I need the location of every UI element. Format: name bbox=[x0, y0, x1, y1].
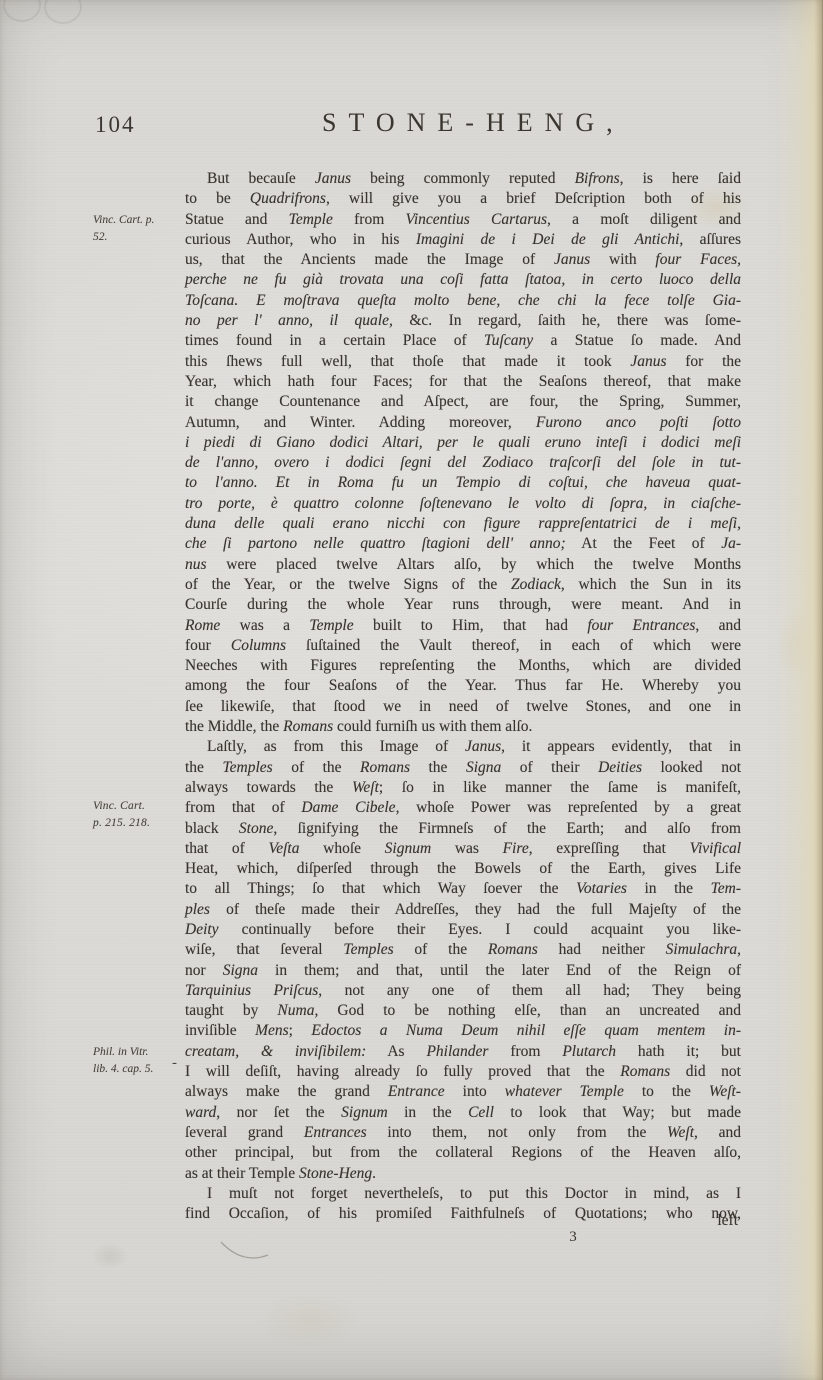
margin-note-citation: Vinc. Cart. p. 52. bbox=[93, 212, 185, 245]
text-line: Deity continually before their Eyes. I c… bbox=[185, 920, 741, 940]
text-line: Statue and Temple from Vincentius Cartar… bbox=[185, 210, 741, 230]
signature-mark: 3 bbox=[562, 1229, 584, 1246]
text-line: from that of Dame Cibele, whoſe Power wa… bbox=[185, 798, 741, 818]
marginal-dash-mark: - bbox=[172, 1055, 177, 1072]
text-line: ples of theſe made their Addreſſes, they… bbox=[185, 900, 741, 920]
text-line: ſeveral grand Entrances into them, not o… bbox=[185, 1123, 741, 1143]
text-line: to be Quadrifrons, will give you a brief… bbox=[185, 189, 741, 209]
text-line: Autumn, and Winter. Adding moreover, Fur… bbox=[185, 413, 741, 433]
text-line: Year, which hath four Faces; for that th… bbox=[185, 372, 741, 392]
text-line: i piedi di Giano dodici Altari, per le q… bbox=[185, 433, 741, 453]
text-line: ward, nor ſet the Signum in the Cell to … bbox=[185, 1103, 741, 1123]
text-line: to l'anno. Et in Roma fu un Tempio di co… bbox=[185, 473, 741, 493]
text-line: curious Author, who in his Imagini de i … bbox=[185, 230, 741, 250]
text-line: I will deſiſt, having already ſo fully p… bbox=[185, 1062, 741, 1082]
margin-note-line: Vinc. Cart. bbox=[93, 798, 185, 815]
margin-note-citation: Vinc. Cart. p. 215. 218. bbox=[93, 798, 185, 831]
text-line: to all Things; ſo that which Way ſoever … bbox=[185, 879, 741, 899]
book-page: 104 STONE-HENG, Vinc. Cart. p. 52. Vinc.… bbox=[0, 0, 823, 1380]
text-line: Tarquinius Priſcus, not any one of them … bbox=[185, 981, 741, 1001]
text-line: that of Veſta whoſe Signum was Fire, exp… bbox=[185, 839, 741, 859]
catchword: left bbox=[185, 1212, 738, 1230]
text-line: inviſible Mens; Edoctos a Numa Deum nihi… bbox=[185, 1021, 741, 1041]
margin-note-line: p. 215. 218. bbox=[93, 815, 185, 832]
text-line: de l'anno, overo i dodici ſegni del Zodi… bbox=[185, 453, 741, 473]
text-line: the Middle, the Romans could furniſh us … bbox=[185, 717, 741, 737]
text-line: che ſi partono nelle quattro ſtagioni de… bbox=[185, 534, 741, 554]
text-line: times found in a certain Place of Tuſcan… bbox=[185, 331, 741, 351]
text-line: Courſe during the whole Year runs throug… bbox=[185, 595, 741, 615]
text-line: Toſcana. E moſtrava queſta molto bene, c… bbox=[185, 291, 741, 311]
text-line: nor Signa in them; and that, until the l… bbox=[185, 961, 741, 981]
text-line: ſee likewiſe, that ſtood we in need of t… bbox=[185, 697, 741, 717]
text-line: duna delle quali erano nicchi con figure… bbox=[185, 514, 741, 534]
text-line: But becauſe Janus being commonly reputed… bbox=[185, 169, 741, 189]
running-title: STONE-HENG, bbox=[322, 108, 625, 138]
show-through-mark bbox=[3, 0, 41, 22]
text-line: always make the grand Entrance into what… bbox=[185, 1082, 741, 1102]
text-line: tro porte, è quattro colonne ſoſtenevano… bbox=[185, 494, 741, 514]
text-line: Rome was a Temple built to Him, that had… bbox=[185, 616, 741, 636]
text-line: black Stone, ſignifying the Firmneſs of … bbox=[185, 819, 741, 839]
text-line: wiſe, that ſeveral Temples of the Romans… bbox=[185, 940, 741, 960]
text-line: of the Year, or the twelve Signs of the … bbox=[185, 575, 741, 595]
text-line: us, that the Ancients made the Image of … bbox=[185, 250, 741, 270]
text-line: nus were placed twelve Altars alſo, by w… bbox=[185, 555, 741, 575]
text-line: no per l' anno, il quale, &c. In regard,… bbox=[185, 311, 741, 331]
page-number: 104 bbox=[95, 112, 136, 138]
text-line: creatam, & inviſibilem: As Philander fro… bbox=[185, 1042, 741, 1062]
body-text: But becauſe Janus being commonly reputed… bbox=[185, 169, 741, 1224]
text-line: this ſhews full well, that thoſe that ma… bbox=[185, 352, 741, 372]
margin-note-line: Vinc. Cart. p. bbox=[93, 212, 185, 229]
text-line: perche ne fu già trovata una coſi fatta … bbox=[185, 270, 741, 290]
text-line: other principal, but from the collateral… bbox=[185, 1143, 741, 1163]
text-line: it change Countenance and Aſpect, are fo… bbox=[185, 392, 741, 412]
text-line: as at their Temple Stone-Heng. bbox=[185, 1164, 741, 1184]
text-line: taught by Numa, God to be nothing elſe, … bbox=[185, 1001, 741, 1021]
text-line: Laſtly, as from this Image of Janus, it … bbox=[185, 737, 741, 757]
text-line: I muſt not forget nevertheleſs, to put t… bbox=[185, 1184, 741, 1204]
text-line: Heat, which, diſperſed through the Bowel… bbox=[185, 859, 741, 879]
text-line: always towards the Weſt; ſo in like mann… bbox=[185, 778, 741, 798]
text-line: among the four Seaſons of the Year. Thus… bbox=[185, 676, 741, 696]
text-line: four Columns ſuſtained the Vault thereof… bbox=[185, 636, 741, 656]
margin-note-line: 52. bbox=[93, 229, 185, 246]
text-line: Neeches with Figures repreſenting the Mo… bbox=[185, 656, 741, 676]
show-through-mark bbox=[44, 0, 82, 24]
text-line: the Temples of the Romans the Signa of t… bbox=[185, 758, 741, 778]
